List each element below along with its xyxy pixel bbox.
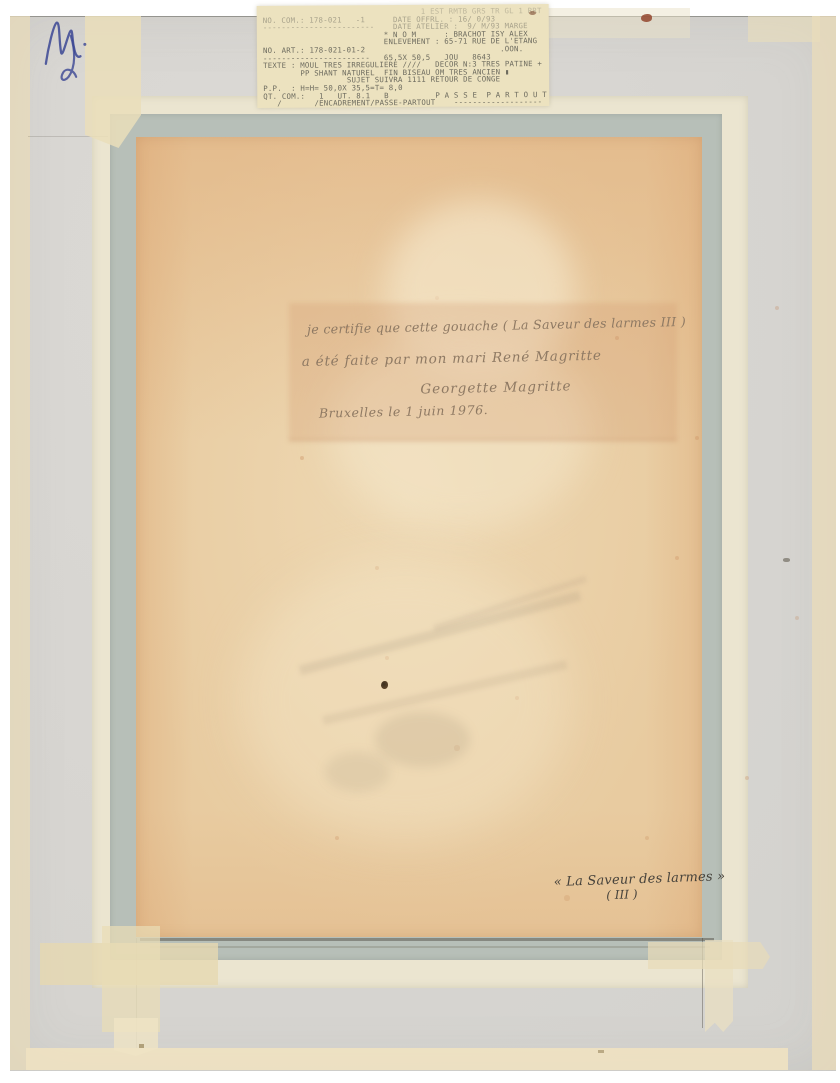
- certification-line: je certifie que cette gouache ( La Saveu…: [307, 314, 686, 337]
- right-edge-tape: [812, 16, 836, 1070]
- foxing-spots: [136, 137, 138, 139]
- photo-of-artwork-verso: 1 EST RMTB GRS TR GL 1 RRT NO. COM.: 178…: [0, 0, 840, 1083]
- sheet-bottom-shadow: [140, 938, 714, 941]
- typed-gallery-inventory-label: 1 EST RMTB GRS TR GL 1 RRT NO. COM.: 178…: [257, 4, 550, 108]
- graphite-smudge-blob: [325, 752, 390, 792]
- masking-tape-bottom-left-end: [114, 1018, 158, 1056]
- label-paper-extension: [545, 8, 690, 38]
- left-edge-tape: [10, 16, 30, 1070]
- masking-tape-bottom-left-vertical: [102, 926, 160, 1032]
- small-stain-spot: [783, 558, 790, 562]
- masking-tape-bottom-right-horizontal: [648, 942, 770, 969]
- blue-ink-monogram: [34, 14, 114, 92]
- certification-date-line: Bruxelles le 1 juin 1976.: [319, 402, 489, 421]
- typed-label-line: / /ENCADREMENT/PASSE-PARTOUT -----------…: [263, 98, 549, 108]
- certification-signature: Georgette Magritte: [420, 378, 572, 397]
- small-stain-spot: [139, 1044, 144, 1048]
- brown-stain-spot: [641, 14, 652, 22]
- certification-handwriting: je certifie que cette gouache ( La Saveu…: [291, 302, 694, 440]
- graphite-smudge-blob: [375, 712, 470, 767]
- sheet-bottom-shadow: [150, 946, 710, 948]
- small-stain-spot: [598, 1050, 604, 1053]
- certification-line: a été faite par mon mari René Magritte: [302, 348, 602, 370]
- title-handwriting: « La Saveur des larmes » ( III ): [554, 869, 730, 904]
- small-stain-spot: [529, 11, 536, 15]
- dark-fly-speck: [381, 681, 388, 689]
- masking-tape-top-right: [748, 16, 820, 42]
